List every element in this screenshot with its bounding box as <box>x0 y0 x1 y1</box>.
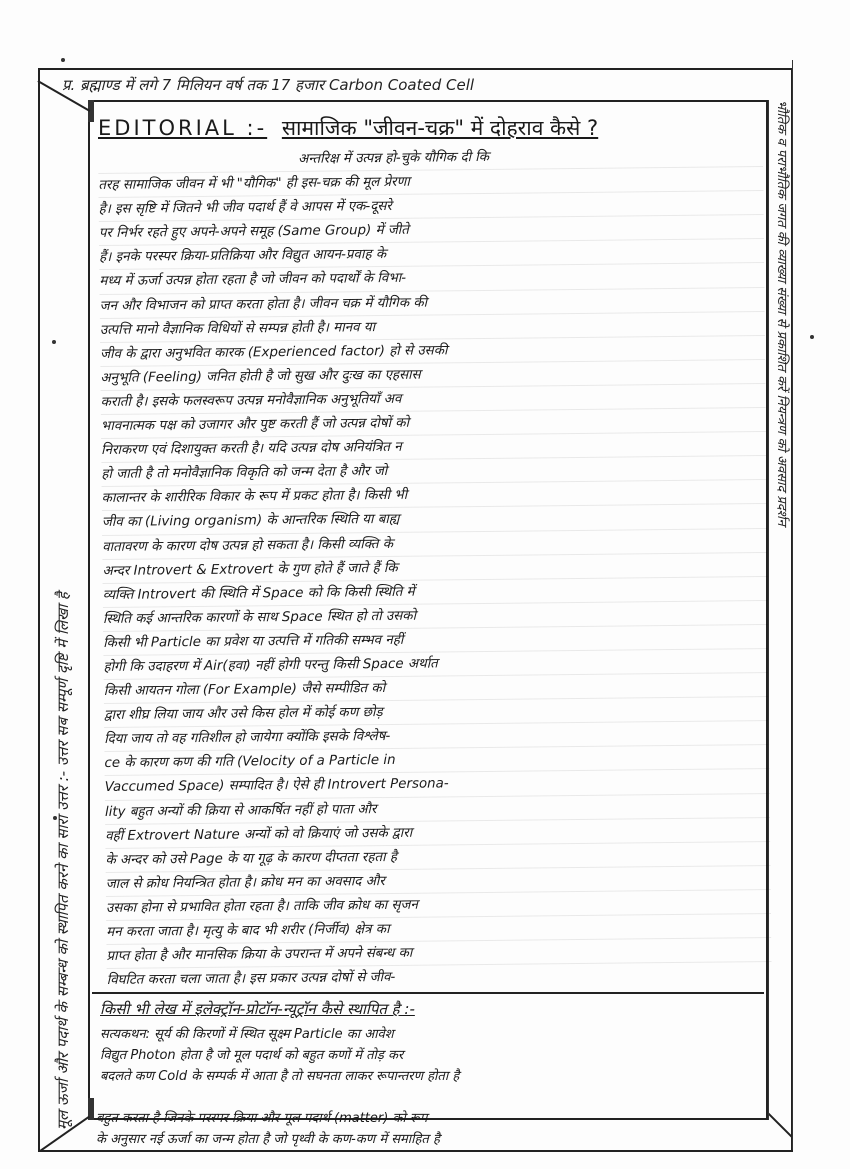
scan-speck <box>810 335 814 339</box>
section-body: सत्यकथन: सूर्य की किरणों में स्थित सूक्ष… <box>100 1024 760 1108</box>
bottom-line: के अनुसार नई ऊर्जा का जन्म होता है जो पृ… <box>96 1129 786 1150</box>
editorial-body: अन्तरिक्ष में उत्पन्न हो-चुके यौगिक दी क… <box>98 143 772 990</box>
scan-speck <box>53 816 57 820</box>
bottom-line: बहुत करता है जिनके परस्पर क्रिया और मूल … <box>96 1108 786 1129</box>
right-outer-rule <box>792 60 793 1150</box>
bottom-margin-text: बहुत करता है जिनके परस्पर क्रिया और मूल … <box>96 1108 786 1150</box>
section-heading: किसी भी लेख में इलेक्ट्रॉन-प्रोटॉन-न्यूट… <box>100 996 760 1022</box>
scan-speck <box>52 340 56 344</box>
section-line: सत्यकथन: सूर्य की किरणों में स्थित सूक्ष… <box>100 1024 760 1045</box>
scanned-page: प्र. ब्रह्माण्ड में लगे 7 मिलियन वर्ष तक… <box>0 0 850 1169</box>
section-line: विद्युत Photon होता है जो मूल पदार्थ को … <box>100 1045 760 1066</box>
right-margin-note: भौतिक व पराभौतिक जगत की व्याख्या संख्या … <box>770 100 792 1130</box>
editorial-title: EDITORIAL :- सामाजिक "जीवन-चक्र" में दोह… <box>98 110 758 146</box>
section-line: बदलते कण Cold के सम्पर्क में आता है तो स… <box>100 1066 760 1087</box>
top-margin-note: प्र. ब्रह्माण्ड में लगे 7 मिलियन वर्ष तक… <box>62 72 782 98</box>
scan-speck <box>61 58 65 62</box>
left-margin-note: मूल ऊर्जा और पदार्थ के सम्बन्ध को स्थापि… <box>42 100 84 1130</box>
editorial-subject: सामाजिक "जीवन-चक्र" में दोहराव कैसे ? <box>282 116 598 140</box>
editorial-label: EDITORIAL :- <box>98 116 267 140</box>
